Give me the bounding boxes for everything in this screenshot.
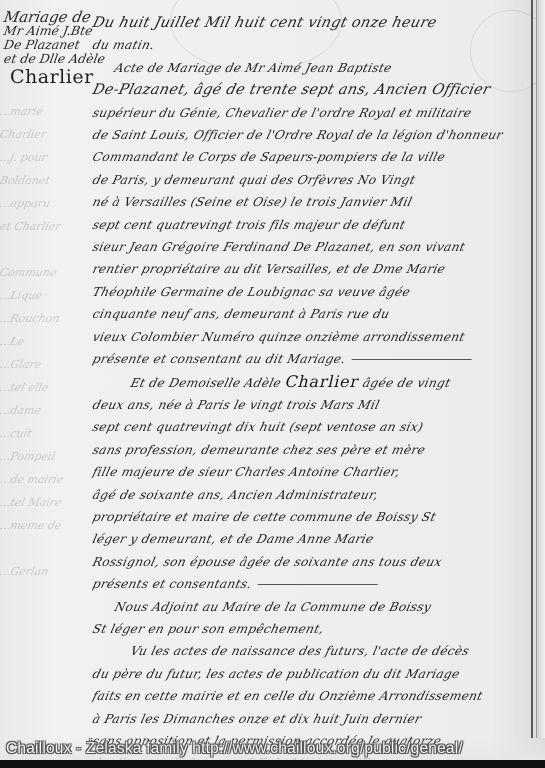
record-line: supérieur du Génie, Chevalier de l'ordre… — [90, 102, 536, 124]
record-line: né à Versailles (Seine et Oise) le trois… — [90, 191, 536, 213]
record-line: sept cent quatrevingt trois fils majeur … — [90, 214, 536, 236]
scanned-document-page: ...marié Charlier ...j. pour Boldanet ..… — [0, 0, 545, 768]
bleed-through-text: ...marié Charlier ...j. pour Boldanet ..… — [0, 100, 100, 700]
margin-line: Mariage de — [3, 10, 97, 24]
record-line: Vu les actes de naissance des futurs, l'… — [90, 640, 536, 662]
record-line: présente et consentant au dit Mariage. — [90, 348, 536, 370]
record-line: faits en cette mairie et en celle du Onz… — [90, 685, 536, 707]
record-line: de Paris, y demeurant quai des Orfèvres … — [90, 169, 536, 191]
record-line: Nous Adjoint au Maire de la Commune de B… — [90, 596, 536, 618]
record-line: fille majeure de sieur Charles Antoine C… — [90, 461, 536, 483]
record-line: sans profession, demeurante chez ses pèr… — [90, 439, 536, 461]
watermark-caption: Chailloux - Żelaska family http://www.ch… — [6, 740, 463, 758]
record-line: Acte de Mariage de Mr Aimé Jean Baptiste — [90, 57, 536, 79]
record-line: rentier propriétaire au dit Versailles, … — [90, 258, 536, 280]
margin-line: et de Dlle Adèle — [3, 52, 97, 66]
record-line: âgé de soixante ans, Ancien Administrate… — [90, 484, 536, 506]
record-line: sieur Jean Grégoire Ferdinand De Plazane… — [90, 236, 536, 258]
line-filler-dash — [351, 359, 471, 360]
record-line: Commandant le Corps de Sapeurs-pompiers … — [90, 146, 536, 168]
scan-border-strip — [0, 760, 545, 768]
margin-rule-line — [531, 0, 533, 738]
record-line: sept cent quatrevingt dix huit (sept ven… — [90, 416, 536, 438]
margin-line: De Plazanet — [3, 38, 97, 52]
margin-annotation: Mariage de Mr Aimé J.Bte De Plazanet et … — [4, 10, 96, 84]
record-line: propriétaire et maire de cette commune d… — [90, 506, 536, 528]
record-line: St léger en pour son empêchement, — [90, 618, 536, 640]
record-line: deux ans, née à Paris le vingt trois Mar… — [90, 394, 536, 416]
margin-bride-name: Charlier — [10, 70, 96, 84]
record-line: présents et consentants. — [90, 573, 536, 595]
record-line: léger y demeurant, et de Dame Anne Marie — [90, 528, 536, 550]
record-line: du père du futur, les actes de publicati… — [90, 663, 536, 685]
record-line: de Saint Louis, Officier de l'Ordre Roya… — [90, 124, 536, 146]
record-line: Théophile Germaine de Loubignac sa veuve… — [90, 281, 536, 303]
record-line: cinquante neuf ans, demeurant à Paris ru… — [90, 303, 536, 325]
record-body: Du huit Juillet Mil huit cent vingt onze… — [90, 12, 530, 768]
record-line: vieux Colombier Numéro quinze onzième ar… — [90, 326, 536, 348]
bride-surname: Charlier — [283, 372, 361, 391]
record-line: Du huit Juillet Mil huit cent vingt onze… — [90, 12, 536, 34]
margin-line: Mr Aimé J.Bte — [3, 24, 97, 38]
record-line: du matin. — [90, 34, 536, 56]
record-line: Rossignol, son épouse âgée de soixante a… — [90, 551, 536, 573]
record-line: De-Plazanet, âgé de trente sept ans, Anc… — [90, 79, 536, 101]
record-line: à Paris les Dimanches onze et dix huit J… — [90, 708, 536, 730]
page-edge-shadow — [537, 0, 545, 738]
record-line: Et de Demoiselle Adèle Charlier âgée de … — [90, 371, 536, 394]
line-filler-dash — [257, 584, 377, 585]
